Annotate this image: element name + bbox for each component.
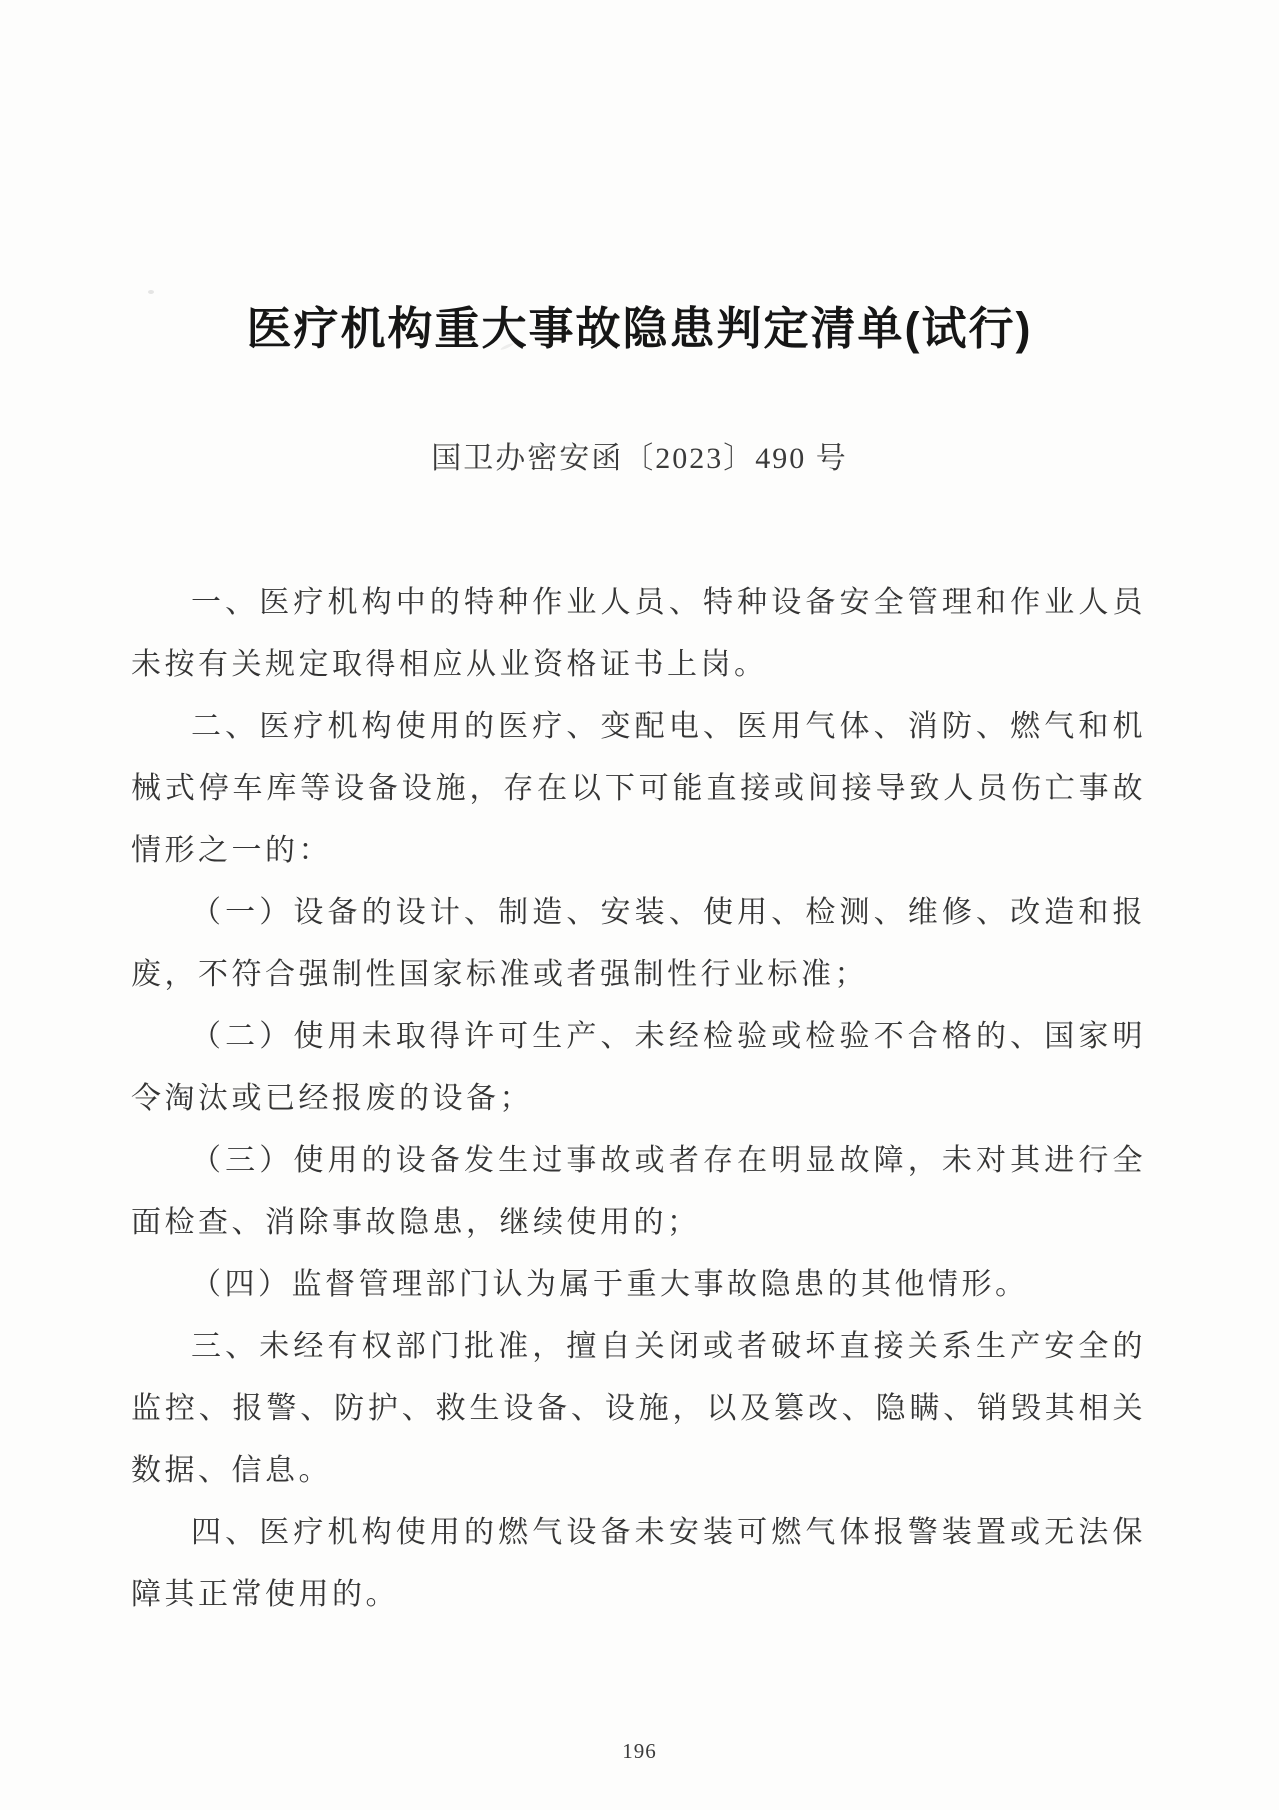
page-number: 196 (0, 1739, 1279, 1764)
paragraph-3: （一）设备的设计、制造、安装、使用、检测、维修、改造和报废，不符合强制性国家标准… (131, 882, 1146, 1006)
paragraph-1: 一、医疗机构中的特种作业人员、特种设备安全管理和作业人员未按有关规定取得相应从业… (131, 572, 1146, 696)
paragraph-6: （四）监督管理部门认为属于重大事故隐患的其他情形。 (131, 1254, 1146, 1316)
paragraph-5: （三）使用的设备发生过事故或者存在明显故障，未对其进行全面检查、消除事故隐患，继… (131, 1130, 1146, 1254)
paragraph-7: 三、未经有权部门批准，擅自关闭或者破坏直接关系生产安全的监控、报警、防护、救生设… (131, 1316, 1146, 1502)
scan-artifact (148, 290, 154, 294)
paragraph-2: 二、医疗机构使用的医疗、变配电、医用气体、消防、燃气和机械式停车库等设备设施，存… (131, 696, 1146, 882)
document-number: 国卫办密安函〔2023〕490 号 (0, 436, 1279, 482)
paragraph-4: （二）使用未取得许可生产、未经检验或检验不合格的、国家明令淘汰或已经报废的设备； (131, 1006, 1146, 1130)
paragraph-8: 四、医疗机构使用的燃气设备未安装可燃气体报警装置或无法保障其正常使用的。 (131, 1502, 1146, 1626)
document-title: 医疗机构重大事故隐患判定清单(试行) (135, 300, 1144, 358)
scanned-document-page: 医疗机构重大事故隐患判定清单(试行) 国卫办密安函〔2023〕490 号 一、医… (0, 0, 1279, 1810)
document-body: 一、医疗机构中的特种作业人员、特种设备安全管理和作业人员未按有关规定取得相应从业… (131, 572, 1146, 1626)
